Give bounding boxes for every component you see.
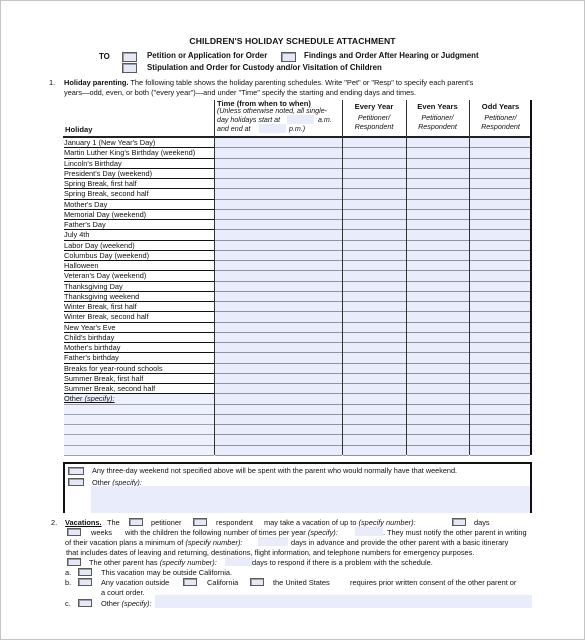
table-row: Mother's birthday [63,343,532,353]
section1-intro-line1: The following table shows the holiday pa… [130,78,473,87]
table-row: Halloween [63,261,532,271]
even-years-field[interactable] [407,302,469,312]
time-field[interactable] [215,251,342,261]
findings-label: Findings and Order After Hearing or Judg… [304,51,479,60]
every-year-field[interactable] [343,353,406,363]
every-year-field[interactable] [343,210,406,220]
every-year-field[interactable] [343,148,406,158]
option-c-checkbox[interactable] [78,599,92,607]
holiday-name: Thanksgiving Day [64,282,214,292]
respond-checkbox[interactable] [67,558,81,566]
even-years-field[interactable] [407,384,469,394]
even-years-field[interactable] [407,343,469,353]
stipulation-label: Stipulation and Order for Custody and/or… [147,63,382,72]
odd-years-field[interactable] [470,415,530,425]
every-year-field[interactable] [343,384,406,394]
col-divider [214,100,215,455]
every-year-field[interactable] [343,394,406,404]
even-years-field[interactable] [407,292,469,302]
every-year-field[interactable] [343,333,406,343]
odd-years-field[interactable] [470,312,530,322]
holiday-name: Spring Break, second half [64,189,214,199]
even-years-field[interactable] [407,159,469,169]
even-years-field[interactable] [407,189,469,199]
time-field[interactable] [215,138,342,148]
specify-number-label: (specify number): [185,538,242,547]
time-field[interactable] [215,425,342,435]
california-label: California [207,578,238,587]
even-years-field[interactable] [407,138,469,148]
table-row [63,435,532,445]
even-years-field[interactable] [407,148,469,158]
other-label: Other [64,394,82,403]
table-row: January 1 (New Year's Day) [63,138,532,148]
holiday-name: Martin Luther King's Birthday (weekend) [64,148,214,158]
table-row: Other (specify): [63,394,532,404]
end-label: and end at [217,125,251,133]
every-year-field[interactable] [343,302,406,312]
advance-days-field[interactable] [258,537,288,546]
time-field[interactable] [215,302,342,312]
even-years-field[interactable] [407,435,469,445]
every-year-field[interactable] [343,169,406,179]
every-year-field[interactable] [343,292,406,302]
respond-text: The other parent has (specify number): [89,558,217,567]
every-year-field[interactable] [343,159,406,169]
united-states-checkbox[interactable] [250,578,264,586]
table-row: Father's Day [63,220,532,230]
blank-holiday-field[interactable] [64,415,214,425]
holiday-name: New Year's Eve [64,323,214,333]
even-years-field[interactable] [407,251,469,261]
times-per-year-field[interactable] [355,527,383,536]
united-states-label: the United States [273,578,330,587]
weeks-label: weeks [91,528,112,537]
odd-years-field[interactable] [470,405,530,415]
even-years-field[interactable] [407,282,469,292]
odd-years-field[interactable] [470,159,530,169]
time-field[interactable] [215,241,342,251]
table-row: Spring Break, second half [63,189,532,199]
every-sub2: Respondent [342,123,406,132]
every-year-field[interactable] [343,220,406,230]
holiday-name: Mother's Day [64,200,214,210]
advance-text: of their vacation plans a minimum of (sp… [65,538,242,547]
respond-days-field[interactable] [225,557,253,566]
time-field[interactable] [215,179,342,189]
holiday-name: Mother's birthday [64,343,214,353]
pm-label: p.m.) [289,125,305,133]
weekend-options-box: Any three-day weekend not specified abov… [63,462,532,513]
even-years-field[interactable] [407,394,469,404]
odd-years-field[interactable] [470,374,530,384]
specify-number-label: (specify number): [160,558,217,567]
table-row: Martin Luther King's Birthday (weekend) [63,148,532,158]
respondent-label: respondent [216,518,253,527]
even-years-field[interactable] [407,364,469,374]
option-b-label: Any vacation outside [101,578,169,587]
odd-years-label: Odd Years [469,102,532,111]
may-take-text: may take a vacation of up to (specify nu… [264,518,416,527]
holiday-name: Winter Break, first half [64,302,214,312]
option-a-label: This vacation may be outside California. [101,568,232,577]
even-years-field[interactable] [407,415,469,425]
odd-years-field[interactable] [470,148,530,158]
option-c-letter: c. [65,599,71,608]
table-row: Breaks for year-round schools [63,364,532,374]
odd-years-field[interactable] [470,302,530,312]
holiday-name: Father's Day [64,220,214,230]
table-row: Summer Break, first half [63,374,532,384]
time-field[interactable] [215,159,342,169]
option-c-specify: (specify): [122,599,152,608]
odd-years-field[interactable] [470,446,530,456]
even-years-field[interactable] [407,333,469,343]
holiday-name: Summer Break, second half [64,384,214,394]
time-field[interactable] [215,271,342,281]
option-b-checkbox[interactable] [78,578,92,586]
holiday-name: Memorial Day (weekend) [64,210,214,220]
advance-line-rest: days in advance and provide the other pa… [291,538,508,547]
even-years-field[interactable] [407,179,469,189]
odd-years-field[interactable] [470,241,530,251]
odd-years-field[interactable] [470,364,530,374]
even-years-field[interactable] [407,374,469,384]
time-field[interactable] [215,210,342,220]
every-year-field[interactable] [343,323,406,333]
table-row: Spring Break, first half [63,179,532,189]
odd-years-field[interactable] [470,189,530,199]
odd-sub2: Respondent [469,123,532,132]
table-row: Child's birthday [63,333,532,343]
section2-heading: Vacations. [65,518,102,527]
col-time-note2: day holidays start at [217,116,280,124]
table-row [63,446,532,456]
outside-california-checkbox[interactable] [78,568,92,576]
odd-years-field[interactable] [470,220,530,230]
time-field[interactable] [215,364,342,374]
time-field[interactable] [215,323,342,333]
even-years-field[interactable] [407,271,469,281]
days-label: days [474,518,490,527]
holiday-name: Labor Day (weekend) [64,241,214,251]
holiday-name: July 4th [64,230,214,240]
even-years-field[interactable] [407,200,469,210]
every-year-field[interactable] [343,374,406,384]
every-year-field[interactable] [343,200,406,210]
holiday-name: Halloween [64,261,214,271]
end-time-field[interactable] [259,124,286,133]
table-row [63,415,532,425]
table-row: Lincoln's Birthday [63,159,532,169]
petitioner-label: petitioner [151,518,181,527]
holiday-name: Child's birthday [64,333,214,343]
time-field[interactable] [215,220,342,230]
table-row: Veteran's Day (weekend) [63,271,532,281]
col-divider [469,100,470,455]
holiday-name: Lincoln's Birthday [64,159,214,169]
time-field[interactable] [215,292,342,302]
odd-years-field[interactable] [470,251,530,261]
every-year-field[interactable] [343,312,406,322]
option-b-letter: b. [65,578,71,587]
table-row: Memorial Day (weekend) [63,210,532,220]
section1-intro-line2: years—odd, even, or both ("every year")—… [64,88,416,97]
option-c-text: Other (specify): [101,599,152,608]
even-years-field[interactable] [407,446,469,456]
every-year-field[interactable] [343,271,406,281]
holiday-name: Father's birthday [64,353,214,363]
other-holiday-field[interactable]: Other (specify): [64,394,214,404]
time-field[interactable] [215,189,342,199]
california-checkbox[interactable] [183,578,197,586]
petition-label: Petition or Application for Order [147,51,267,60]
even-years-field[interactable] [407,261,469,271]
time-field[interactable] [215,343,342,353]
holiday-name: Veteran's Day (weekend) [64,271,214,281]
odd-years-field[interactable] [470,282,530,292]
option-c-label: Other [101,599,119,608]
min-label: of their vacation plans a minimum of [65,538,183,547]
col-holiday-header: Holiday [65,125,92,134]
odd-years-field[interactable] [470,333,530,343]
section1-heading: Holiday parenting. [64,78,128,87]
respondent-checkbox[interactable] [193,518,207,526]
table-row: July 4th [63,230,532,240]
even-years-field[interactable] [407,210,469,220]
other-weekend-checkbox[interactable] [68,478,84,486]
court-order-label: a court order. [101,588,145,597]
every-year-field[interactable] [343,261,406,271]
odd-years-field[interactable] [470,169,530,179]
other-holiday-label: Other (specify): [64,394,115,403]
the-label: The [107,518,120,527]
table-row: Mother's Day [63,200,532,210]
time-field[interactable] [215,333,342,343]
holiday-name: Thanksgiving weekend [64,292,214,302]
specify-label: (specify): [308,528,338,537]
section1-number: 1. [49,78,55,87]
blank-holiday-field[interactable] [64,425,214,435]
every-year-field[interactable] [343,251,406,261]
option-a-letter: a. [65,568,71,577]
petitioner-checkbox[interactable] [129,518,143,526]
odd-years-field[interactable] [470,343,530,353]
stipulation-checkbox[interactable] [122,63,137,73]
time-field[interactable] [215,282,342,292]
time-field[interactable] [215,374,342,384]
every-year-field[interactable] [343,415,406,425]
other-specify: (specify): [85,394,115,403]
every-year-field[interactable] [343,446,406,456]
every-year-field[interactable] [343,435,406,445]
specify-number-label: (specify number): [359,518,416,527]
weeks-checkbox[interactable] [67,528,81,536]
every-year-field[interactable] [343,364,406,374]
col-divider [342,100,343,455]
table-row: Columbus Day (weekend) [63,251,532,261]
odd-years-field[interactable] [470,394,530,404]
every-year-label: Every Year [342,102,406,111]
time-field[interactable] [215,200,342,210]
table-row: Winter Break, second half [63,312,532,322]
other-parent-label: The other parent has [89,558,158,567]
time-field[interactable] [215,446,342,456]
every-year-field[interactable] [343,405,406,415]
time-field[interactable] [215,312,342,322]
table-row: Father's birthday [63,353,532,363]
col-divider [406,100,407,455]
holiday-name: January 1 (New Year's Day) [64,138,214,148]
blank-holiday-field[interactable] [64,446,214,456]
every-year-field[interactable] [343,179,406,189]
petition-checkbox[interactable] [122,52,137,62]
table-row [63,425,532,435]
section1-intro: Holiday parenting. The following table s… [64,78,473,87]
even-years-field[interactable] [407,353,469,363]
weekend-label: Any three-day weekend not specified abov… [92,466,457,475]
vacation-days-field[interactable] [452,518,466,526]
table-row: President's Day (weekend) [63,169,532,179]
may-take-label: may take a vacation of up to [264,518,356,527]
start-time-field[interactable] [287,115,314,124]
times-per-year-text: with the children the following number o… [125,528,338,537]
every-year-field[interactable] [343,138,406,148]
odd-years-field[interactable] [470,138,530,148]
col-even-header: Even Years Petitioner/ Respondent [406,102,469,131]
time-field[interactable] [215,148,342,158]
even-years-field[interactable] [407,323,469,333]
col-time-note1: (Unless otherwise noted, all single- [217,107,327,115]
table-row [63,405,532,415]
holiday-name: Spring Break, first half [64,179,214,189]
time-field[interactable] [215,230,342,240]
table-row: Summer Break, second half [63,384,532,394]
odd-years-field[interactable] [470,323,530,333]
holiday-name: President's Day (weekend) [64,169,214,179]
odd-years-field[interactable] [470,200,530,210]
respond-line-rest: days to respond if there is a problem wi… [252,558,433,567]
odd-years-field[interactable] [470,261,530,271]
every-year-field[interactable] [343,241,406,251]
time-field[interactable] [215,415,342,425]
odd-years-field[interactable] [470,435,530,445]
notify-label: . They must notify the other parent in w… [383,528,527,537]
every-year-field[interactable] [343,343,406,353]
even-years-field[interactable] [407,405,469,415]
option-c-field[interactable] [155,595,532,608]
table-row: Thanksgiving weekend [63,292,532,302]
every-year-field[interactable] [343,189,406,199]
weekend-checkbox[interactable] [68,467,84,475]
other-weekend-field[interactable] [91,486,530,513]
even-years-label: Even Years [406,102,469,111]
table-right-border [530,100,532,455]
table-header: Holiday Time (from when to when) (Unless… [63,100,532,136]
col-odd-header: Odd Years Petitioner/ Respondent [469,102,532,131]
time-field[interactable] [215,169,342,179]
blank-holiday-field[interactable] [64,435,214,445]
time-field[interactable] [215,384,342,394]
table-row: Labor Day (weekend) [63,241,532,251]
every-year-field[interactable] [343,282,406,292]
time-field[interactable] [215,394,342,404]
even-years-field[interactable] [407,241,469,251]
every-year-field[interactable] [343,230,406,240]
table-row: New Year's Eve [63,323,532,333]
holiday-name: Columbus Day (weekend) [64,251,214,261]
with-children-label: with the children the following number o… [125,528,306,537]
odd-years-field[interactable] [470,271,530,281]
odd-years-field[interactable] [470,210,530,220]
even-sub2: Respondent [406,123,469,132]
start-label: day holidays start at [217,116,280,124]
consent-label: requires prior written consent of the ot… [350,578,516,587]
time-field[interactable] [215,435,342,445]
table-row: Winter Break, first half [63,302,532,312]
even-years-field[interactable] [407,220,469,230]
section2-number: 2. [51,518,57,527]
odd-years-field[interactable] [470,353,530,363]
odd-years-field[interactable] [470,179,530,189]
table-row: Thanksgiving Day [63,282,532,292]
odd-years-field[interactable] [470,292,530,302]
itinerary-line: that includes dates of leaving and retur… [66,548,474,557]
col-every-header: Every Year Petitioner/ Respondent [342,102,406,131]
even-years-field[interactable] [407,169,469,179]
to-label: TO [99,52,110,61]
every-year-field[interactable] [343,425,406,435]
even-years-field[interactable] [407,312,469,322]
holiday-name: Breaks for year-round schools [64,364,214,374]
odd-years-field[interactable] [470,384,530,394]
document-title: CHILDREN'S HOLIDAY SCHEDULE ATTACHMENT [0,36,585,46]
holiday-name: Winter Break, second half [64,312,214,322]
time-field[interactable] [215,353,342,363]
findings-checkbox[interactable] [281,52,296,62]
odd-years-field[interactable] [470,230,530,240]
time-field[interactable] [215,261,342,271]
time-field[interactable] [215,405,342,415]
even-years-field[interactable] [407,425,469,435]
even-years-field[interactable] [407,230,469,240]
holiday-name: Summer Break, first half [64,374,214,384]
odd-years-field[interactable] [470,425,530,435]
blank-holiday-field[interactable] [64,405,214,415]
am-label: a.m. [318,116,332,124]
